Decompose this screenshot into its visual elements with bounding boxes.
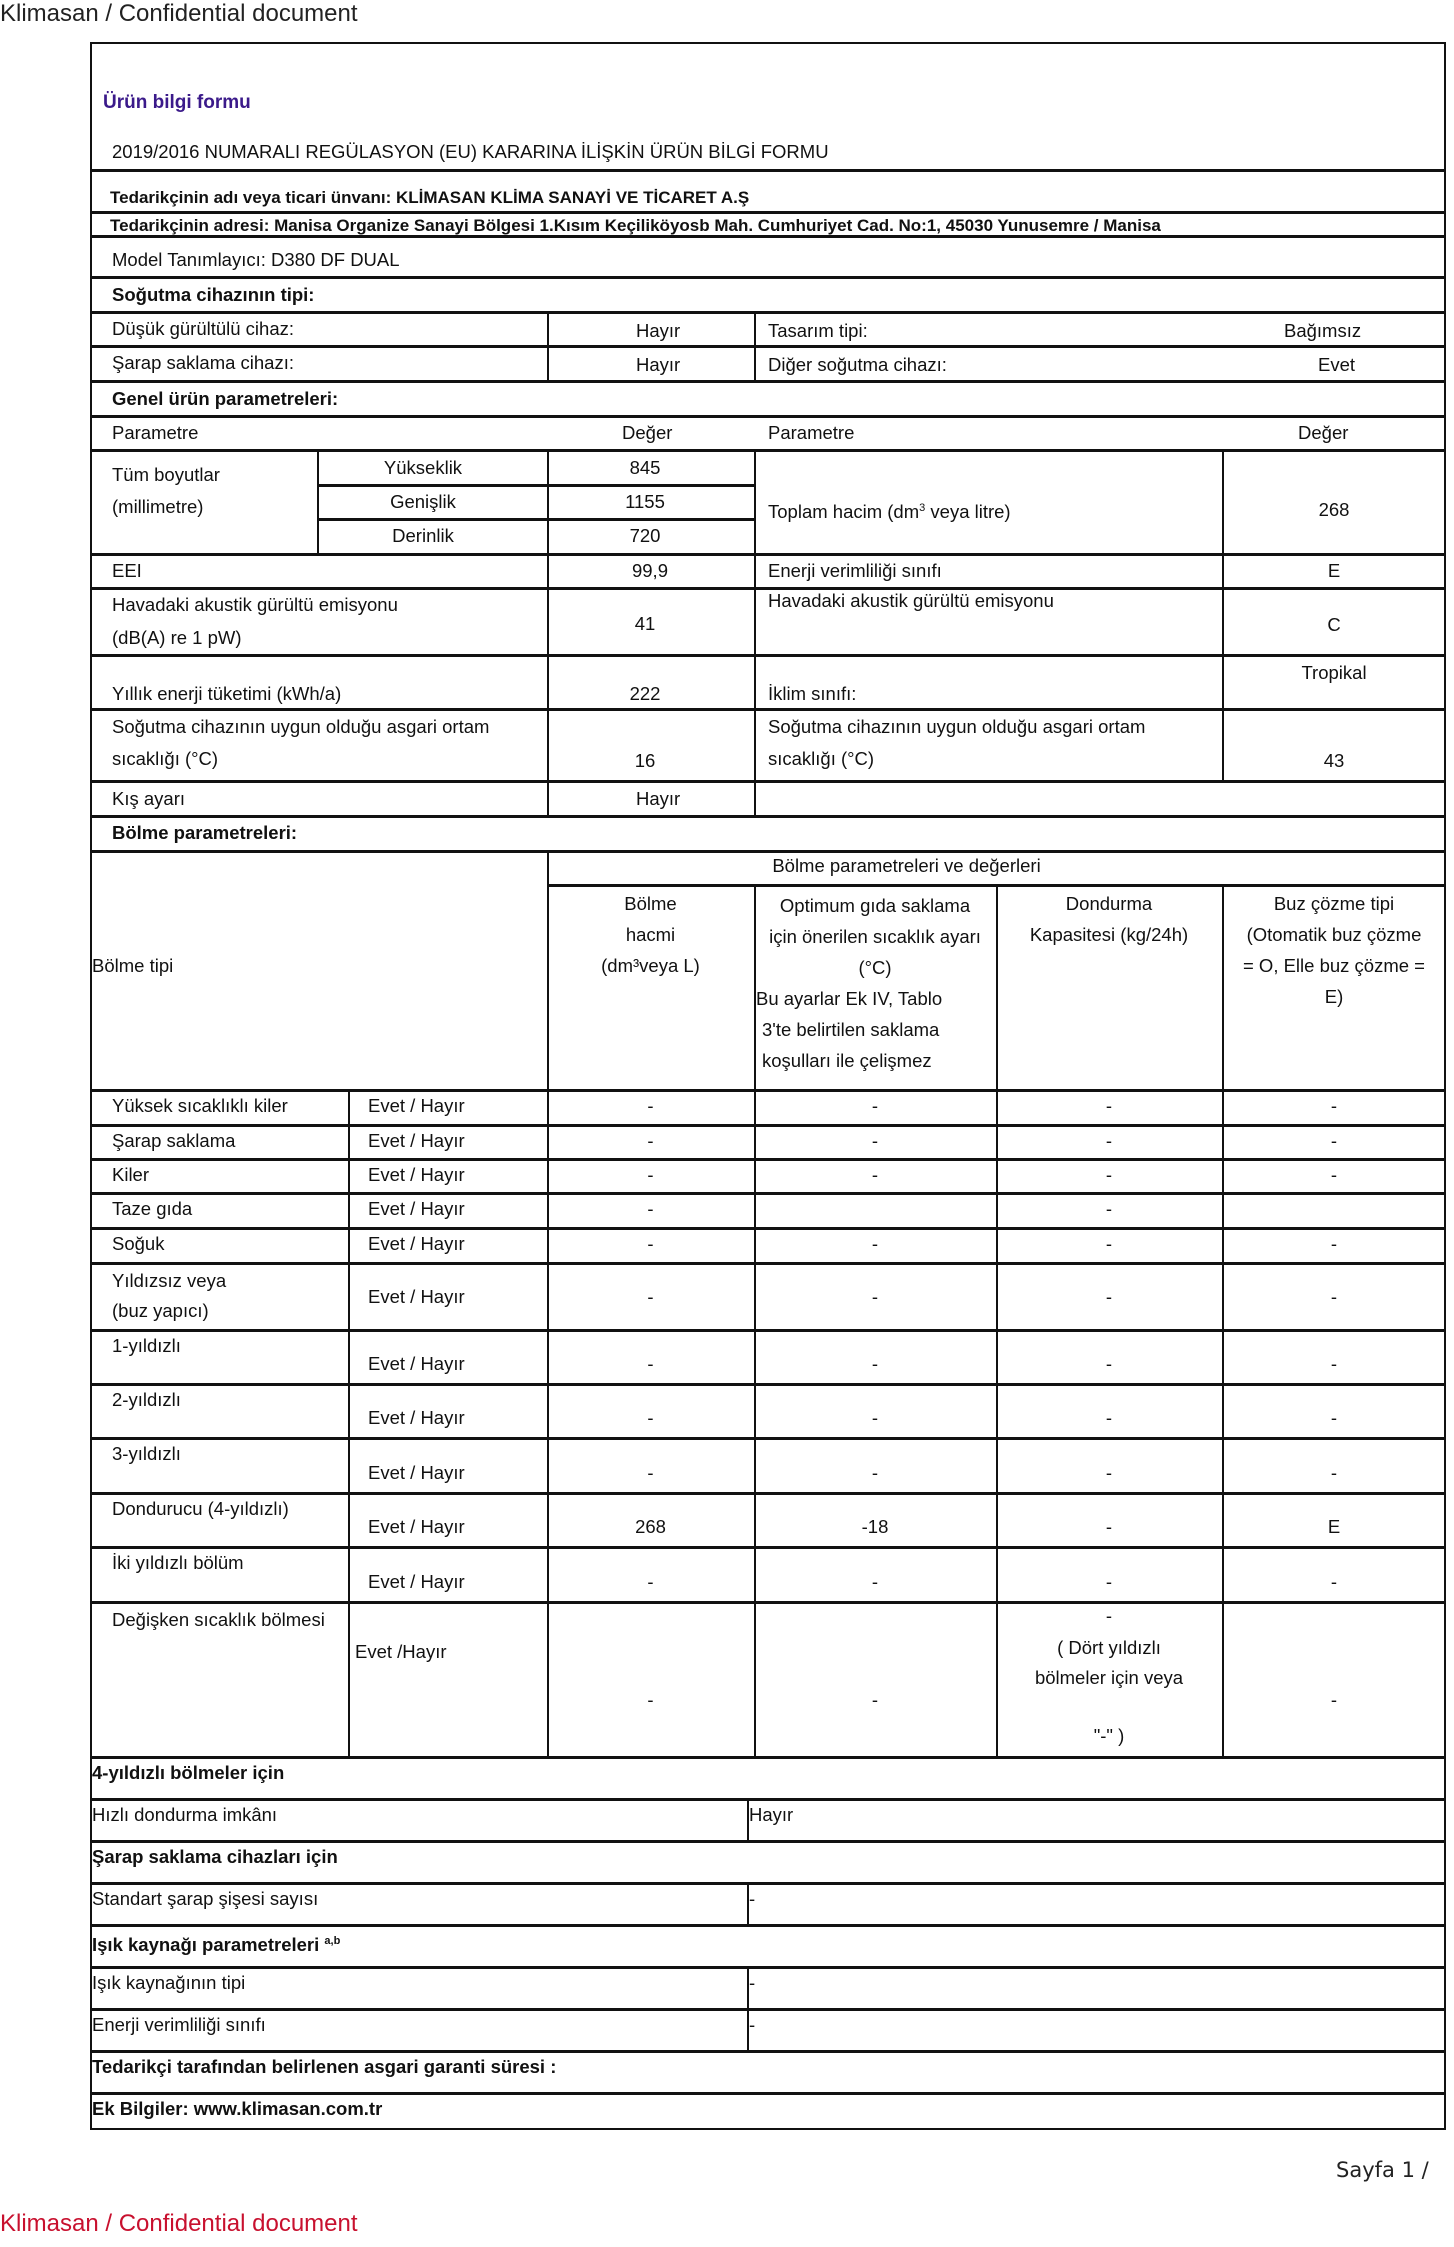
h-rule: [90, 1756, 1446, 1759]
compartment-value: -: [1222, 1095, 1446, 1117]
noise-label-1: Havadaki akustik gürültü emisyonu: [112, 594, 398, 616]
height-value: 845: [580, 457, 710, 479]
compartment-value: -: [996, 1516, 1222, 1538]
compartment-value: -: [1222, 1407, 1446, 1429]
v-rule: [547, 311, 549, 380]
col-value-right: Değer: [1298, 422, 1348, 444]
eei-value: 99,9: [580, 560, 720, 582]
col-param-right: Parametre: [768, 422, 854, 444]
compartment-value: -: [547, 1130, 754, 1152]
compartment-value: -: [547, 1233, 754, 1255]
climate-class-value: Tropikal: [1222, 662, 1446, 684]
max-temp-value: 43: [1222, 750, 1446, 772]
h-rule: [90, 2092, 1446, 2095]
hdr-volume-line: Bölme: [547, 888, 754, 919]
h-rule: [90, 449, 1446, 452]
h-rule: [90, 2050, 1446, 2053]
compartment-value: -: [1222, 1689, 1446, 1711]
fast-freeze-label: Hızlı dondurma imkânı: [92, 1804, 277, 1826]
compartment-value: -: [754, 1164, 996, 1186]
compartment-value: E: [1222, 1516, 1446, 1538]
h-rule: [90, 211, 1446, 214]
device-type-heading: Soğutma cihazının tipi:: [112, 284, 314, 306]
total-volume-label-tail: veya litre): [925, 501, 1010, 522]
compartment-value: -: [754, 1286, 996, 1308]
compartment-value: -: [1222, 1286, 1446, 1308]
compartment-value: -: [754, 1233, 996, 1255]
light-type-value: -: [749, 1972, 755, 1994]
dimensions-label-1: Tüm boyutlar: [112, 464, 220, 486]
h-rule: [90, 1089, 1446, 1092]
compartment-value: 268: [547, 1516, 754, 1538]
compartment-value: -: [996, 1198, 1222, 1220]
hdr-temp-line: Optimum gıda saklama: [754, 890, 996, 921]
compartment-name: İki yıldızlı bölüm: [112, 1552, 244, 1574]
hdr-defrost-line: (Otomatik buz çözme: [1222, 919, 1446, 950]
annual-energy-value: 222: [590, 683, 700, 705]
wine-device-label: Şarap saklama cihazı:: [112, 352, 294, 374]
h-rule: [90, 1262, 1446, 1265]
compartment-value: -: [996, 1095, 1222, 1117]
noise-value: 41: [590, 613, 700, 635]
h-rule: [90, 1437, 1446, 1440]
regulation-title: 2019/2016 NUMARALI REGÜLASYON (EU) KARAR…: [112, 141, 829, 163]
hdr-defrost-line: E): [1222, 981, 1446, 1012]
compartment-present: Evet / Hayır: [368, 1407, 465, 1429]
confidential-header: Klimasan / Confidential document: [0, 0, 358, 28]
depth-label: Derinlik: [348, 525, 498, 547]
max-temp-label-2: sıcaklığı (°C): [768, 748, 874, 770]
compartment-value: -: [754, 1689, 996, 1711]
annual-energy-label: Yıllık enerji tüketimi (kWh/a): [112, 683, 341, 705]
compartment-name: Taze gıda: [112, 1198, 192, 1220]
hdr-freeze-line: Dondurma: [996, 888, 1222, 919]
compartment-value: -: [996, 1233, 1222, 1255]
other-device-label: Diğer soğutma cihazı:: [768, 354, 947, 376]
compartment-value: -: [996, 1286, 1222, 1308]
compartment-present: Evet / Hayır: [368, 1516, 465, 1538]
noise-class-value: C: [1222, 614, 1446, 636]
compartment-present: Evet / Hayır: [368, 1353, 465, 1375]
h-rule: [90, 311, 1446, 314]
low-noise-label: Düşük gürültülü cihaz:: [112, 318, 294, 340]
eei-label: EEI: [112, 560, 142, 582]
min-temp-value: 16: [590, 750, 700, 772]
h-rule: [90, 169, 1446, 172]
compartment-value: -18: [754, 1516, 996, 1538]
compartment-value: -: [754, 1130, 996, 1152]
light-heading: Işık kaynağı parametreleri a,b: [92, 1930, 340, 1956]
compartment-value: -: [547, 1689, 754, 1711]
compartment-present: Evet / Hayır: [368, 1164, 465, 1186]
volume-header: Bölmehacmi(dm³veya L): [547, 888, 754, 981]
winter-value: Hayır: [636, 788, 680, 810]
hdr-volume-line: hacmi: [547, 919, 754, 950]
compartment-value: -: [996, 1130, 1222, 1152]
supplier-address: Tedarikçinin adresi: Manisa Organize San…: [110, 215, 1161, 237]
h-rule: [90, 1383, 1446, 1386]
compartments-heading: Bölme parametreleri:: [112, 822, 297, 844]
wine-bottles-value: -: [749, 1888, 755, 1910]
design-type-value: Bağımsız: [1284, 320, 1361, 342]
hdr-temp-line: Bu ayarlar Ek IV, Tablo: [754, 983, 996, 1014]
compartment-value: -: [547, 1571, 754, 1593]
compartment-value: -: [547, 1164, 754, 1186]
compartment-name: Yüksek sıcaklıklı kiler: [112, 1095, 288, 1117]
compartment-name: Dondurucu (4-yıldızlı): [112, 1498, 289, 1520]
supplier-name: Tedarikçinin adı veya ticari ünvanı: KLİ…: [110, 187, 749, 209]
noise-label-2: (dB(A) re 1 pW): [112, 627, 242, 649]
h-rule: [90, 415, 1446, 418]
h-rule: [90, 276, 1446, 279]
compartment-value: -: [1222, 1164, 1446, 1186]
compartment-value: -: [754, 1353, 996, 1375]
freeze-capacity-header: DondurmaKapasitesi (kg/24h): [996, 888, 1222, 950]
hdr-freeze-line: Kapasitesi (kg/24h): [996, 919, 1222, 950]
compartment-name: Yıldızsız veya: [112, 1270, 226, 1292]
compartment-value: -: [754, 1571, 996, 1593]
hdr-temp-line: koşulları ile çelişmez: [754, 1045, 996, 1076]
v-rule: [754, 449, 756, 815]
col-value-left: Değer: [622, 422, 672, 444]
max-temp-label-1: Soğutma cihazının uygun olduğu asgari or…: [768, 716, 1145, 738]
warranty-label: Tedarikçi tarafından belirlenen asgari g…: [92, 2056, 556, 2078]
hdr-temp-line: 3'te belirtilen saklama: [754, 1014, 996, 1045]
h-rule: [90, 553, 1446, 556]
h-rule: [90, 654, 1446, 657]
energy-class-value: E: [1222, 560, 1446, 582]
v-rule: [754, 311, 756, 380]
temp-header: Optimum gıda saklamaiçin önerilen sıcakl…: [754, 890, 996, 1076]
compartment-group-header: Bölme parametreleri ve değerleri: [547, 855, 1446, 877]
compartment-type-header: Bölme tipi: [92, 955, 173, 977]
compartment-name: 3-yıldızlı: [112, 1443, 181, 1465]
v-rule: [547, 449, 549, 815]
height-label: Yükseklik: [348, 457, 498, 479]
compartment-value: -: [547, 1462, 754, 1484]
compartment-name: 1-yıldızlı: [112, 1335, 181, 1357]
light-heading-text: Işık kaynağı parametreleri: [92, 1934, 319, 1955]
compartment-present: Evet / Hayır: [368, 1286, 465, 1308]
h-rule: [90, 1924, 1446, 1927]
wine-device-value: Hayır: [636, 354, 680, 376]
light-class-value: -: [749, 2014, 755, 2036]
h-rule: [90, 1966, 1446, 1969]
v-rule: [348, 1089, 350, 1756]
wine-heading: Şarap saklama cihazları için: [92, 1846, 338, 1868]
compartment-value: -: [1222, 1571, 1446, 1593]
compartment-value: -: [996, 1164, 1222, 1186]
energy-class-label: Enerji verimliliği sınıfı: [768, 560, 942, 582]
h-rule: [90, 1882, 1446, 1885]
h-rule: [90, 1329, 1446, 1332]
h-rule: [90, 1798, 1446, 1801]
compartment-freeze-note: "-" ): [996, 1725, 1222, 1747]
defrost-header: Buz çözme tipi(Otomatik buz çözme= O, El…: [1222, 888, 1446, 1012]
page-number: Sayfa 1 /: [1336, 2158, 1429, 2182]
h-rule: [90, 850, 1446, 853]
compartment-value: -: [996, 1462, 1222, 1484]
hdr-temp-line: (°C): [754, 952, 996, 983]
total-volume-label-text: Toplam hacim (dm: [768, 501, 919, 522]
width-value: 1155: [580, 491, 710, 513]
general-params-heading: Genel ürün parametreleri:: [112, 388, 338, 410]
width-label: Genişlik: [348, 491, 498, 513]
h-rule: [90, 345, 1446, 348]
confidential-footer: Klimasan / Confidential document: [0, 2210, 358, 2238]
depth-value: 720: [580, 525, 710, 547]
compartment-value: -: [996, 1407, 1222, 1429]
hdr-defrost-line: = O, Elle buz çözme =: [1222, 950, 1446, 981]
h-rule: [90, 1840, 1446, 1843]
v-rule: [317, 449, 319, 553]
compartment-present: Evet / Hayır: [368, 1130, 465, 1152]
compartment-value: -: [996, 1571, 1222, 1593]
compartment-value: -: [1222, 1130, 1446, 1152]
col-param-left: Parametre: [112, 422, 198, 444]
compartment-value: -: [1222, 1462, 1446, 1484]
fast-freeze-value: Hayır: [749, 1804, 793, 1826]
compartment-present: Evet / Hayır: [368, 1571, 465, 1593]
h-rule: [90, 1227, 1446, 1230]
compartment-name: Kiler: [112, 1164, 149, 1186]
hdr-volume-line: (dm³veya L): [547, 950, 754, 981]
total-volume-value: 268: [1222, 499, 1446, 521]
compartment-name: Şarap saklama: [112, 1130, 235, 1152]
compartment-value: -: [754, 1407, 996, 1429]
compartment-value: -: [547, 1353, 754, 1375]
compartment-value: -: [547, 1407, 754, 1429]
dimensions-label-2: (millimetre): [112, 496, 203, 518]
h-rule: [90, 1158, 1446, 1161]
model-identifier: Model Tanımlayıcı: D380 DF DUAL: [112, 249, 400, 271]
compartment-value: -: [547, 1198, 754, 1220]
h-rule: [90, 1492, 1446, 1495]
four-star-heading: 4-yıldızlı bölmeler için: [92, 1762, 284, 1784]
compartment-value: -: [1222, 1353, 1446, 1375]
h-rule: [90, 708, 1446, 711]
h-rule: [317, 484, 754, 487]
compartment-freeze-note: bölmeler için veya: [996, 1667, 1222, 1689]
compartment-value: -: [547, 1286, 754, 1308]
noise-class-label: Havadaki akustik gürültü emisyonu: [768, 590, 1054, 612]
h-rule: [90, 1124, 1446, 1127]
h-rule: [90, 380, 1446, 383]
h-rule: [317, 518, 754, 521]
compartment-present: Evet / Hayır: [368, 1095, 465, 1117]
compartment-value: -: [996, 1353, 1222, 1375]
compartment-present: Evet /Hayır: [355, 1641, 447, 1663]
design-type-label: Tasarım tipi:: [768, 320, 868, 342]
compartment-name-2: (buz yapıcı): [112, 1300, 209, 1322]
light-type-label: Işık kaynağının tipi: [92, 1972, 245, 1994]
compartment-present: Evet / Hayır: [368, 1233, 465, 1255]
hdr-defrost-line: Buz çözme tipi: [1222, 888, 1446, 919]
hdr-temp-line: için önerilen sıcaklık ayarı: [754, 921, 996, 952]
compartment-freeze-note: ( Dört yıldızlı: [996, 1637, 1222, 1659]
h-rule: [90, 1601, 1446, 1604]
compartment-present: Evet / Hayır: [368, 1198, 465, 1220]
winter-label: Kış ayarı: [112, 788, 185, 810]
min-temp-label-1: Soğutma cihazının uygun olduğu asgari or…: [112, 716, 489, 738]
compartment-name: Değişken sıcaklık bölmesi: [112, 1609, 325, 1631]
compartment-value: -: [1222, 1233, 1446, 1255]
extra-info-label: Ek Bilgiler: www.klimasan.com.tr: [92, 2098, 382, 2120]
compartment-freeze-note: -: [996, 1605, 1222, 1627]
compartment-present: Evet / Hayır: [368, 1462, 465, 1484]
light-heading-sup: a,b: [324, 1935, 340, 1947]
h-rule: [90, 815, 1446, 818]
h-rule: [90, 2008, 1446, 2011]
compartment-value: -: [547, 1095, 754, 1117]
compartment-name: Soğuk: [112, 1233, 164, 1255]
light-class-label: Enerji verimliliği sınıfı: [92, 2014, 266, 2036]
wine-bottles-label: Standart şarap şişesi sayısı: [92, 1888, 318, 1910]
h-rule: [90, 1546, 1446, 1549]
other-device-value: Evet: [1318, 354, 1355, 376]
climate-class-label: İklim sınıfı:: [768, 683, 856, 705]
min-temp-label-2: sıcaklığı (°C): [112, 748, 218, 770]
low-noise-value: Hayır: [636, 320, 680, 342]
compartment-name: 2-yıldızlı: [112, 1389, 181, 1411]
h-rule: [90, 780, 1446, 783]
compartment-value: -: [754, 1095, 996, 1117]
h-rule: [90, 1192, 1446, 1195]
compartment-value: -: [754, 1462, 996, 1484]
page-title: Ürün bilgi formu: [103, 92, 251, 114]
total-volume-label: Toplam hacim (dm3 veya litre): [768, 497, 1011, 523]
